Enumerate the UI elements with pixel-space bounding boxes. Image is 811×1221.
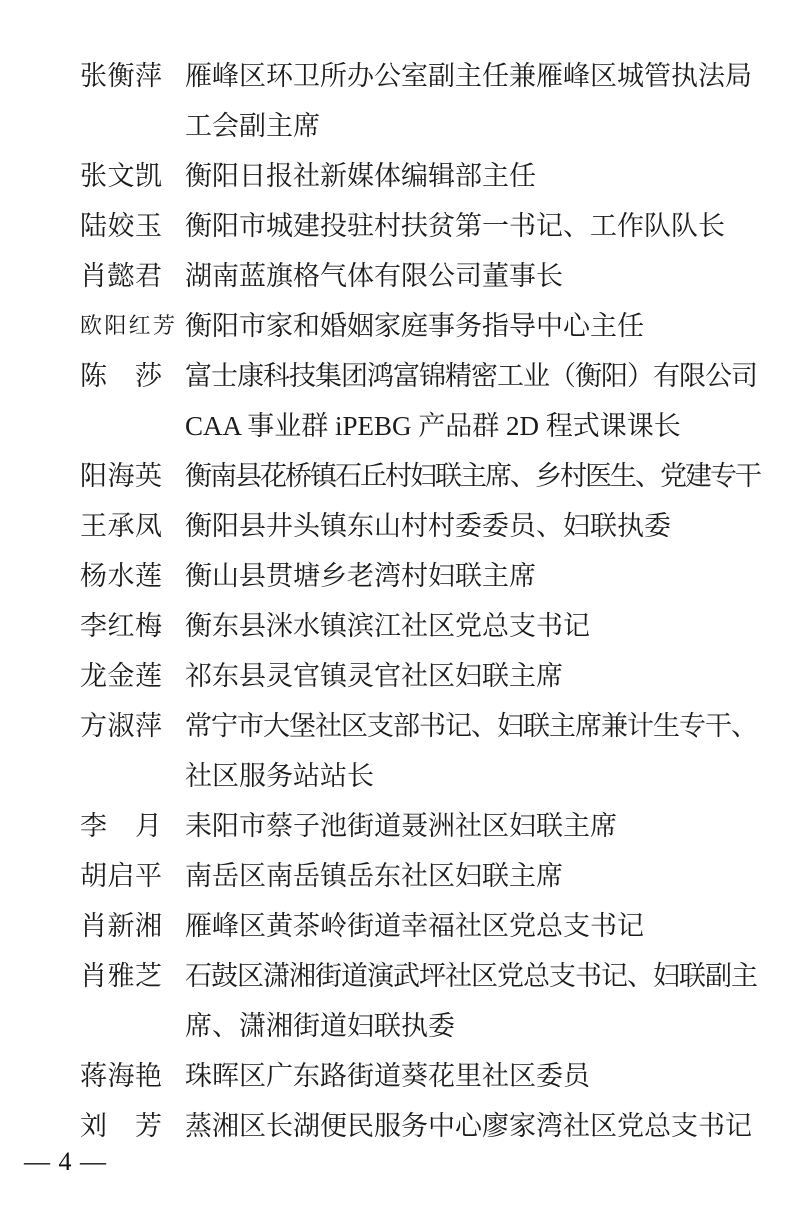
title-line: 富士康科技集团鸿富锦精密工业（衡阳）有限公司 — [185, 351, 785, 401]
person-title: 衡阳日报社新媒体编辑部主任 — [185, 151, 785, 201]
roster-row: 胡启平 南岳区南岳镇岳东社区妇联主席 — [80, 851, 785, 901]
person-title: 衡阳市城建投驻村扶贫第一书记、工作队队长 — [185, 201, 785, 251]
roster-row: 杨水莲 衡山县贯塘乡老湾村妇联主席 — [80, 551, 785, 601]
roster-row: 李月 耒阳市蔡子池街道聂洲社区妇联主席 — [80, 801, 785, 851]
title-line: 常宁市大堡社区支部书记、妇联主席兼计生专干、 — [185, 701, 785, 751]
person-name: 张文凯 — [80, 151, 162, 201]
title-line: 南岳区南岳镇岳东社区妇联主席 — [185, 851, 785, 901]
roster-row: 肖雅芝 石鼓区潇湘街道演武坪社区党总支书记、妇联副主 席、潇湘街道妇联执委 — [80, 951, 785, 1051]
person-name: 龙金莲 — [80, 651, 162, 701]
title-line: 衡阳县井头镇东山村村委委员、妇联执委 — [185, 501, 785, 551]
person-name: 胡启平 — [80, 851, 162, 901]
roster-row: 陆姣玉 衡阳市城建投驻村扶贫第一书记、工作队队长 — [80, 201, 785, 251]
title-line: 祁东县灵官镇灵官社区妇联主席 — [185, 651, 785, 701]
title-line: 耒阳市蔡子池街道聂洲社区妇联主席 — [185, 801, 785, 851]
person-name: 王承凤 — [80, 501, 162, 551]
document-page: 张衡萍 雁峰区环卫所办公室副主任兼雁峰区城管执法局 工会副主席 张文凯 衡阳日报… — [0, 0, 811, 1221]
roster-row: 肖懿君 湖南蓝旗格气体有限公司董事长 — [80, 251, 785, 301]
title-line: 珠晖区广东路街道葵花里社区委员 — [185, 1051, 785, 1101]
person-name: 阳海英 — [80, 451, 162, 501]
person-name: 方淑萍 — [80, 701, 162, 751]
title-line: 衡阳市城建投驻村扶贫第一书记、工作队队长 — [185, 201, 785, 251]
roster-row: 欧阳红芳 衡阳市家和婚姻家庭事务指导中心主任 — [80, 301, 785, 351]
person-title: 衡山县贯塘乡老湾村妇联主席 — [185, 551, 785, 601]
person-name: 李月 — [80, 801, 162, 851]
person-title: 祁东县灵官镇灵官社区妇联主席 — [185, 651, 785, 701]
person-name: 陆姣玉 — [80, 201, 162, 251]
roster-row: 王承凤 衡阳县井头镇东山村村委委员、妇联执委 — [80, 501, 785, 551]
title-line: 雁峰区环卫所办公室副主任兼雁峰区城管执法局 — [185, 51, 785, 101]
title-line: 衡东县洣水镇滨江社区党总支书记 — [185, 601, 785, 651]
roster-row: 阳海英 衡南县花桥镇石丘村妇联主席、乡村医生、党建专干 — [80, 451, 785, 501]
page-number: — 4 — — [24, 1147, 107, 1177]
title-line: 席、潇湘街道妇联执委 — [185, 1001, 785, 1051]
person-title: 衡东县洣水镇滨江社区党总支书记 — [185, 601, 785, 651]
person-title: 常宁市大堡社区支部书记、妇联主席兼计生专干、 社区服务站站长 — [185, 701, 785, 801]
roster-row: 蒋海艳 珠晖区广东路街道葵花里社区委员 — [80, 1051, 785, 1101]
person-title: 衡阳市家和婚姻家庭事务指导中心主任 — [185, 301, 785, 351]
person-name: 刘芳 — [80, 1101, 162, 1151]
title-line: 雁峰区黄茶岭街道幸福社区党总支书记 — [185, 901, 785, 951]
title-line: 衡阳市家和婚姻家庭事务指导中心主任 — [185, 301, 785, 351]
person-title: 富士康科技集团鸿富锦精密工业（衡阳）有限公司 CAA 事业群 iPEBG 产品群… — [185, 351, 785, 451]
title-line: 衡南县花桥镇石丘村妇联主席、乡村医生、党建专干 — [185, 451, 785, 501]
title-line: 衡阳日报社新媒体编辑部主任 — [185, 151, 785, 201]
person-title: 珠晖区广东路街道葵花里社区委员 — [185, 1051, 785, 1101]
person-title: 湖南蓝旗格气体有限公司董事长 — [185, 251, 785, 301]
roster-list: 张衡萍 雁峰区环卫所办公室副主任兼雁峰区城管执法局 工会副主席 张文凯 衡阳日报… — [80, 51, 785, 1151]
roster-row: 陈莎 富士康科技集团鸿富锦精密工业（衡阳）有限公司 CAA 事业群 iPEBG … — [80, 351, 785, 451]
roster-row: 龙金莲 祁东县灵官镇灵官社区妇联主席 — [80, 651, 785, 701]
person-name: 欧阳红芳 — [80, 301, 175, 351]
person-title: 石鼓区潇湘街道演武坪社区党总支书记、妇联副主 席、潇湘街道妇联执委 — [185, 951, 785, 1051]
person-name: 肖雅芝 — [80, 951, 162, 1001]
person-name: 杨水莲 — [80, 551, 162, 601]
title-line: 湖南蓝旗格气体有限公司董事长 — [185, 251, 785, 301]
person-name: 张衡萍 — [80, 51, 162, 101]
title-line: CAA 事业群 iPEBG 产品群 2D 程式课课长 — [185, 401, 785, 451]
title-line: 蒸湘区长湖便民服务中心廖家湾社区党总支书记 — [185, 1101, 785, 1151]
roster-row: 张衡萍 雁峰区环卫所办公室副主任兼雁峰区城管执法局 工会副主席 — [80, 51, 785, 151]
person-name: 蒋海艳 — [80, 1051, 162, 1101]
roster-row: 方淑萍 常宁市大堡社区支部书记、妇联主席兼计生专干、 社区服务站站长 — [80, 701, 785, 801]
person-name: 陈莎 — [80, 351, 162, 401]
title-line: 石鼓区潇湘街道演武坪社区党总支书记、妇联副主 — [185, 951, 785, 1001]
person-title: 衡南县花桥镇石丘村妇联主席、乡村医生、党建专干 — [185, 451, 785, 501]
title-line: 工会副主席 — [185, 101, 785, 151]
person-title: 雁峰区黄茶岭街道幸福社区党总支书记 — [185, 901, 785, 951]
person-name: 李红梅 — [80, 601, 162, 651]
roster-row: 肖新湘 雁峰区黄茶岭街道幸福社区党总支书记 — [80, 901, 785, 951]
person-title: 南岳区南岳镇岳东社区妇联主席 — [185, 851, 785, 901]
person-title: 耒阳市蔡子池街道聂洲社区妇联主席 — [185, 801, 785, 851]
roster-row: 刘芳 蒸湘区长湖便民服务中心廖家湾社区党总支书记 — [80, 1101, 785, 1151]
roster-row: 张文凯 衡阳日报社新媒体编辑部主任 — [80, 151, 785, 201]
person-title: 雁峰区环卫所办公室副主任兼雁峰区城管执法局 工会副主席 — [185, 51, 785, 151]
roster-row: 李红梅 衡东县洣水镇滨江社区党总支书记 — [80, 601, 785, 651]
person-title: 蒸湘区长湖便民服务中心廖家湾社区党总支书记 — [185, 1101, 785, 1151]
person-name: 肖新湘 — [80, 901, 162, 951]
person-title: 衡阳县井头镇东山村村委委员、妇联执委 — [185, 501, 785, 551]
title-line: 社区服务站站长 — [185, 751, 785, 801]
person-name: 肖懿君 — [80, 251, 162, 301]
title-line: 衡山县贯塘乡老湾村妇联主席 — [185, 551, 785, 601]
